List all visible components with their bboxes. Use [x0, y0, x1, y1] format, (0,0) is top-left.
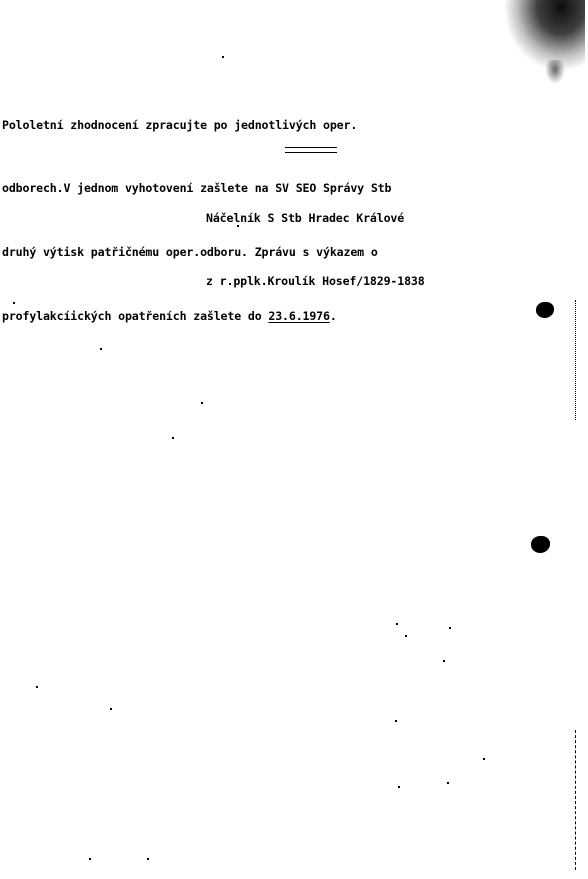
scan-speck: [100, 348, 102, 350]
scan-speck: [449, 627, 451, 629]
scan-speck: [405, 635, 407, 637]
scan-speck: [36, 686, 38, 688]
scan-speck: [110, 708, 112, 710]
signature-name: z r.pplk.Kroulík Hosef/1829-1838: [206, 271, 425, 292]
corner-ink-speck: [545, 60, 565, 84]
scan-speck: [13, 302, 15, 304]
scan-speck: [201, 402, 203, 404]
scan-speck: [398, 786, 400, 788]
scan-speck: [395, 720, 397, 722]
scanned-document-page: Pololetní zhodnocení zpracujte po jednot…: [0, 0, 588, 879]
hole-punch-mark-top: [536, 302, 554, 318]
scan-speck: [443, 660, 445, 662]
scan-speck: [222, 56, 224, 58]
signature-block: Náčelník S Stb Hradec Králové z r.pplk.K…: [206, 166, 425, 334]
scan-edge-line-upper: [575, 300, 576, 420]
scan-speck: [172, 437, 174, 439]
scan-edge-line-lower: [575, 730, 576, 870]
scan-speck: [483, 758, 485, 760]
scan-speck: [89, 858, 91, 860]
scan-speck: [237, 225, 239, 227]
scan-speck: [147, 858, 149, 860]
scan-speck: [396, 623, 398, 625]
hole-punch-mark-bottom: [531, 536, 550, 553]
handwritten-underline-mark: [285, 147, 337, 153]
paragraph-line: Pololetní zhodnocení zpracujte po jednot…: [2, 115, 391, 136]
scan-speck: [447, 782, 449, 784]
